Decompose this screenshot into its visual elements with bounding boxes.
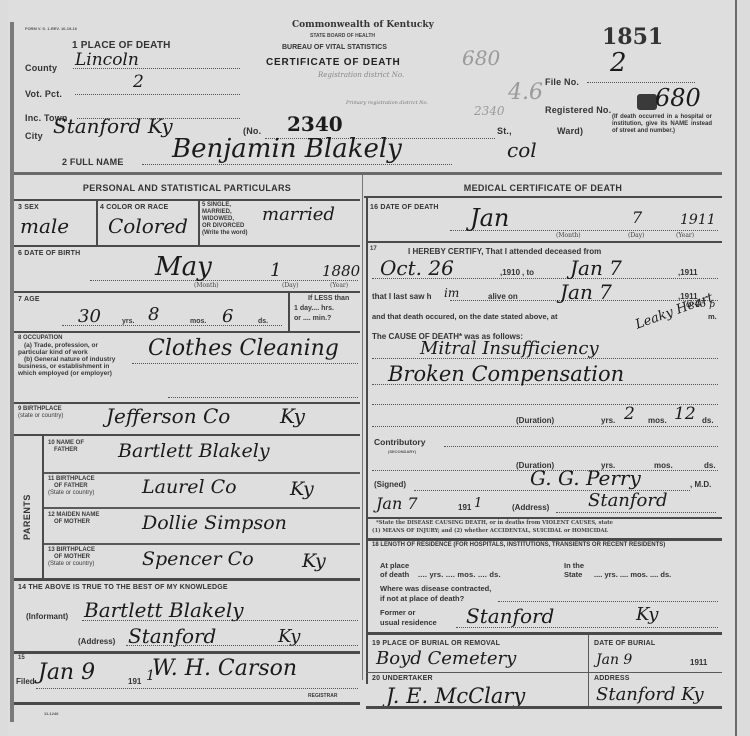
undertaker-value: J. E. McClary [386,684,525,708]
marital-label: 5 SINGLE, MARRIED, WIDOWED, OR DIVORCED … [202,202,248,237]
footer-code: 11-1246 [44,711,58,716]
signed-year-prefix: 191 [458,503,471,512]
filed-date: Jan 9 [38,660,95,685]
dod-label: 16 DATE OF DEATH [370,204,439,211]
footnote-line-2: (1) MEANS OF INJURY; and (2) whether ACC… [372,528,608,534]
father-birthplace-label: 11 BIRTHPLACE OF FATHER (State or countr… [48,476,95,497]
footnote-line-1: *State the DISEASE CAUSING DEATH, or in … [376,520,613,526]
vot-pct-label: Vot. Pct. [25,89,62,99]
dob-label: 6 DATE OF BIRTH [18,250,80,257]
city-label: City [25,131,43,141]
full-name-suffix: col [507,138,537,162]
registered-no-label: Registered No. [545,105,611,115]
item-15-number: 15 [18,655,25,662]
alive-on-label: alive on [488,292,518,301]
registrar-signature: W. H. Carson [152,656,297,681]
county-label: County [25,63,57,73]
st-label: St., [497,126,512,136]
at-place-duration: .... yrs. .... mos. .... ds. [418,570,501,579]
board-label: STATE BOARD OF HEALTH [310,33,375,39]
day-caption: (Day) [282,282,298,289]
undertaker-label: 20 UNDERTAKER [372,675,433,682]
sex-value: male [20,214,69,238]
registered-no-value: 680 [655,84,701,112]
month-caption: (Month) [194,282,219,289]
marital-value: married [262,204,335,225]
dob-month: May [155,252,212,282]
dod-day: 7 [632,208,642,227]
certify-text: I HEREBY CERTIFY, That I attended deceas… [408,247,601,256]
certify-number: 17 [370,246,377,253]
physician-signature: G. G. Perry [530,466,641,490]
last-saw-label: that I last saw h [372,292,432,301]
informant-address-label: (Address) [78,637,115,646]
dod-year: 1911 [680,212,716,228]
death-occured-text: and that death occured, on the date stat… [372,312,557,321]
primary-registration-value-2: 2340 [474,104,505,118]
bureau-label: BUREAU OF VITAL STATISTICS [282,44,387,51]
street-number: 2340 [287,112,343,136]
race-label: 4 COLOR OR RACE [100,204,168,211]
right-border [735,0,737,736]
left-border [10,22,14,722]
burial-place-label: 19 PLACE OF BURIAL OR REMOVAL [372,640,500,647]
undertaker-address-value: Stanford Ky [596,684,704,705]
in-state-label: In the State [564,561,584,579]
personal-section-title: PERSONAL AND STATISTICAL PARTICULARS [14,183,360,193]
cause-line-2: Broken Compensation [388,362,624,386]
full-name-label: 2 FULL NAME [62,157,124,167]
last-saw-date: Jan 7 [560,280,612,304]
physician-address-label: (Address) [512,503,549,512]
vot-pct-field: Vot. Pct. 2 [25,84,240,96]
dob-day: 1 [270,260,281,281]
undertaker-address-label: ADDRESS [594,675,630,682]
year-caption: (Year) [330,282,348,289]
former-residence-label: Former or usual residence [380,608,437,628]
city-value: Stanford Ky [53,114,173,138]
burial-place-value: Boyd Cemetery [376,648,516,669]
full-name-field: 2 FULL NAME Benjamin Blakely col [62,152,602,166]
last-saw-him: im [444,286,459,300]
registration-district-value: 680 [462,46,500,70]
attended-from: Oct. 26 [380,256,454,280]
mother-name-value: Dollie Simpson [142,512,287,534]
birthplace-label: 9 BIRTHPLACE (state or country) [18,406,63,420]
signed-label: (Signed) [374,480,406,489]
age-label: 7 AGE [18,296,40,303]
birthplace-state: Ky [280,404,305,428]
mother-birthplace-label: 13 BIRTHPLACE OF MOTHER (State or countr… [48,547,95,568]
former-residence-value: Stanford [466,604,554,628]
occupation-label: 8 OCCUPATION (a) Trade, profession, or p… [18,335,115,377]
burial-date-value: Jan 9 [596,652,632,668]
contributory-label: Contributory [374,437,425,447]
death-time-m: m. [708,312,717,321]
dod-month-caption: (Month) [556,232,581,239]
file-no-field: File No. 2 [545,72,695,84]
race-value: Colored [108,214,188,238]
county-field: County Lincoln [25,58,240,70]
file-no-value: 2 [610,48,627,78]
burial-date-year: 1911 [690,658,707,667]
burial-date-label: DATE OF BURIAL [594,640,655,647]
medical-section-title: MEDICAL CERTIFICATE OF DEATH [364,183,722,193]
age-months: 8 [148,304,159,325]
age-days: 6 [222,306,233,327]
signed-date: Jan 7 [376,494,418,513]
filed-label: Filed [16,677,35,686]
filed-year-prefix: 191 [128,677,141,686]
dod-day-caption: (Day) [628,232,644,239]
duration-years: 2 [624,404,635,424]
ink-blot [637,94,657,110]
registrar-label: REGISTRAR [308,693,337,700]
duration-months: 12 [674,404,696,424]
registered-no-field: Registered No. 680 [545,100,715,112]
hospital-note: (If death occurred in a hospital or inst… [612,114,712,135]
father-birthplace-state: Ky [290,478,314,500]
in-state-duration: .... yrs. .... mos. .... ds. [594,570,671,579]
county-value: Lincoln [75,50,139,70]
occupation-value: Clothes Cleaning [148,336,339,361]
mother-birthplace-value: Spencer Co [142,548,254,570]
to-label: , to [522,268,534,277]
father-name-label: 10 NAME OF FATHER [48,440,84,454]
informant-value: Bartlett Blakely [84,598,244,622]
physician-address-value: Stanford [588,490,668,511]
md-label: , M.D. [690,480,711,489]
sex-label: 3 SEX [18,204,39,211]
informant-address-state: Ky [278,626,300,647]
signed-year-suffix: 1 [474,496,482,511]
attended-from-year: ,1910 [500,268,520,277]
dod-month: Jan [470,204,509,232]
stamp-number: 1851 [602,24,663,50]
father-birthplace-value: Laurel Co [142,476,237,498]
attended-to-year: ,1911 [678,268,698,277]
full-name-value: Benjamin Blakely [172,134,402,164]
age-years: 30 [78,306,101,327]
mother-name-label: 12 MAIDEN NAME OF MOTHER [48,512,99,526]
primary-registration-value: 4.6 [508,80,543,105]
vot-pct-value: 2 [133,72,144,92]
residence-heading: 18 LENGTH OF RESIDENCE (FOR HOSPITALS, I… [372,542,718,549]
ward-label: Ward) [557,126,583,136]
form-number: FORM V. S. 1-REV. 10-19-16 [25,26,77,31]
former-residence-state: Ky [636,604,658,625]
contracted-label: Where was disease contracted, if not at … [380,584,491,604]
informant-label: (Informant) [26,612,68,621]
informant-heading: 14 THE ABOVE IS TRUE TO THE BEST OF MY K… [18,584,228,591]
duration-label: (Duration) [516,416,554,425]
registration-district-label: Registration district No. [318,71,404,79]
father-name-value: Bartlett Blakely [118,440,270,462]
less-than-day-label: If LESS than 1 day.... hrs. or .... min.… [294,294,349,324]
contributory-sub: (SECONDARY) [388,449,416,454]
commonwealth-label: Commonwealth of Kentucky [292,20,434,30]
birthplace-value: Jefferson Co [106,404,230,428]
primary-registration-label: Primary registration district No. [346,100,428,106]
dod-year-caption: (Year) [676,232,694,239]
dob-year: 1880 [322,262,360,280]
attended-to: Jan 7 [570,256,622,280]
file-no-label: File No. [545,77,579,87]
certificate-title: CERTIFICATE OF DEATH [266,57,401,68]
cause-line-1: Mitral Insufficiency [420,338,599,359]
parents-side-label: PARENTS [22,494,32,540]
mother-birthplace-state: Ky [302,550,326,572]
at-place-label: At place of death [380,561,409,579]
